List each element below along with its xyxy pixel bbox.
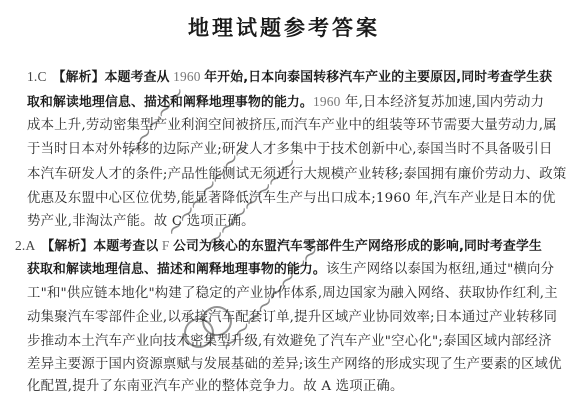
answer-2-line-3: 工"和"供应链本地化"构建了稳定的产业协作体系,周边国家为融入网络、获取协作红利… (27, 285, 547, 303)
answer-2-line-4: 动集聚汽车零部件企业,以承接汽车配套订单,提升区域产业协同效率;日本通过产业转移… (27, 309, 547, 327)
answer-1-number: 1.C (27, 69, 47, 84)
answer-1-line-2: 取和解读地理信息、描述和阐释地理事物的能力。1960 年,日本经济复苏加速,国内… (27, 93, 547, 112)
answer-2-line-6: 差异主要源于国内资源禀赋与发展基础的差异;该生产网络的形成实现了生产要素的区域优 (27, 356, 547, 374)
answer-1-line-1: 1.C【解析】本题考查从 1960 年开始,日本向泰国转移汽车产业的主要原因,同… (27, 68, 547, 87)
answer-2-label: 【解析】 (41, 239, 93, 254)
answer-2-line-5: 步推动本土汽车产业向技术密集型升级,有效避免了汽车产业"空心化";泰国区域内部经… (27, 333, 547, 351)
answer-1-line-6: 优惠及东盟中心区位优势,能显著降低汽车生产与出口成本;1960 年,汽车产业是日… (27, 190, 547, 208)
answer-1-line-3: 成本上升,劳动密集型产业利润空间被挤压,而汽车产业中的组装等环节需要大量劳动力,… (27, 117, 547, 135)
answer-1-line-4: 于当时日本对外转移的边际产业;研发人才多集中于技术创新中心,泰国当时不具备吸引日 (27, 141, 547, 159)
answer-page: 地理试题参考答案 1.C【解析】本题考查从 1960 年开始,日本向泰国转移汽车… (0, 0, 568, 394)
answer-2-line-7: 化配置,提升了东南亚汽车产业的整体竞争力。故 A 选项正确。 (27, 378, 547, 394)
page-title: 地理试题参考答案 (0, 12, 568, 42)
answer-2-number: 2.A (15, 238, 35, 253)
answer-1-line-7: 势产业,非淘汰产能。故 C 选项正确。 (27, 213, 547, 231)
answer-1-line-5: 本汽车研发人才的条件;产品性能测试无须进行大规模产业转移;泰国拥有廉价劳动力、政… (27, 166, 547, 184)
answer-1-label: 【解析】 (53, 70, 105, 85)
answer-2-line-2: 获取和解读地理信息、描述和阐释地理事物的能力。该生产网络以泰国为枢纽,通过"横向… (27, 261, 547, 279)
watermark-logo-icon (202, 306, 232, 336)
answer-2-line-1: 2.A【解析】本题考查以 F 公司为核心的东盟汽车零部件生产网络形成的影响,同时… (15, 237, 535, 256)
